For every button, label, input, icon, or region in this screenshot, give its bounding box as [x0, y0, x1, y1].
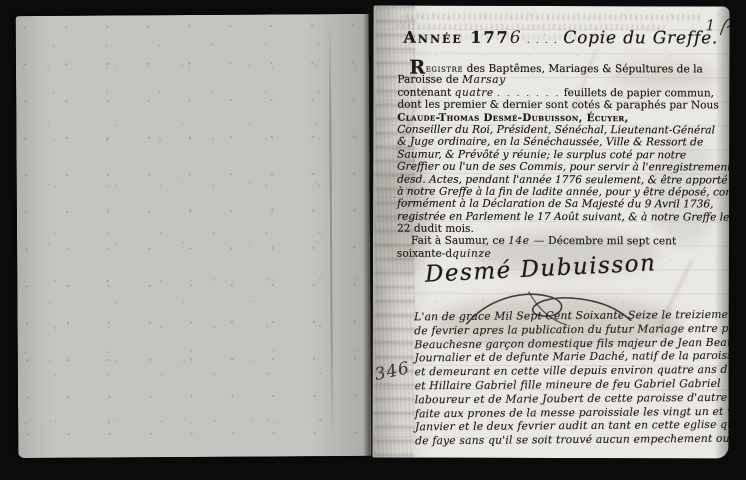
manuscript-line: de faye sans qu'il se soit trouvé aucun … — [415, 432, 730, 448]
printed-notice: Registre des Baptêmes, Mariages & Sépult… — [397, 62, 730, 261]
printed-line: & Juge ordinaire, en la Sénéchaussée, Vi… — [397, 136, 729, 149]
bleed-through-writing — [402, 14, 702, 21]
printed-line: Greffier ou l'un de ses Commis, pour ser… — [397, 161, 729, 174]
paroisse-label: Paroisse de — [397, 74, 458, 86]
printed-line: dont les premier & dernier sont cotés & … — [397, 99, 729, 112]
printed-line: contenant quatre . . . . . . . feuillets… — [397, 86, 729, 99]
sheet-count-handwritten: quatre — [455, 87, 494, 99]
left-blank-page — [16, 14, 372, 458]
printed-line: Registre des Baptêmes, Mariages & Sépult… — [397, 62, 729, 75]
folio-number-text: 1 — [706, 16, 716, 34]
line15-text: Décembre mil sept cent — [548, 235, 676, 247]
registre-word: egistre — [426, 63, 464, 75]
contenant-label: contenant — [397, 86, 451, 98]
printed-line: registrée en Parlement le 17 Août suivan… — [397, 210, 730, 223]
line3-text: feuillets de papier commun, — [564, 87, 714, 99]
register-page: Année 1776 . . . . Copie du Greffe. 1 Re… — [372, 6, 729, 459]
page-crease — [329, 18, 334, 442]
filler-dots: . . . . . . . — [497, 89, 560, 99]
fait-a-saumur-line: Fait à Saumur, ce 14e — Décembre mil sep… — [397, 235, 730, 248]
parish-name-handwritten: Marsay — [462, 74, 506, 86]
filler-dots: . . . . — [527, 33, 559, 46]
folio-paraph-icon — [717, 14, 730, 36]
printed-line: desd. Actes, pendant l'année 1776 seulem… — [397, 173, 729, 186]
year-heading: Année 1776 . . . . Copie du Greffe. — [403, 28, 718, 49]
printed-line: Paroisse de Marsay — [397, 74, 729, 87]
day-handwritten: 14e — — [508, 235, 545, 247]
fait-label: Fait à Saumur, ce — [411, 235, 505, 247]
printed-line: formément à la Déclaration de Sa Majesté… — [397, 198, 730, 211]
folio-number: 1 — [706, 16, 730, 36]
soixante-label: soixante-d — [397, 247, 452, 259]
annee-label: Année 177 — [403, 28, 509, 47]
book-scan: Année 1776 . . . . Copie du Greffe. 1 Re… — [0, 0, 746, 480]
officer-name-line: Claude-Thomas Desmé-Dubuisson, Écuyer, — [397, 111, 729, 124]
copie-du-greffe-title: Copie du Greffe. — [563, 28, 718, 48]
printed-line: Saumur, & Prévôté y réunie; le surplus c… — [397, 148, 729, 161]
marriage-record-entry: L'an de grace Mil Sept Cent Soixante Sei… — [414, 308, 730, 448]
annee-handwritten-digit: 6 — [510, 28, 522, 48]
